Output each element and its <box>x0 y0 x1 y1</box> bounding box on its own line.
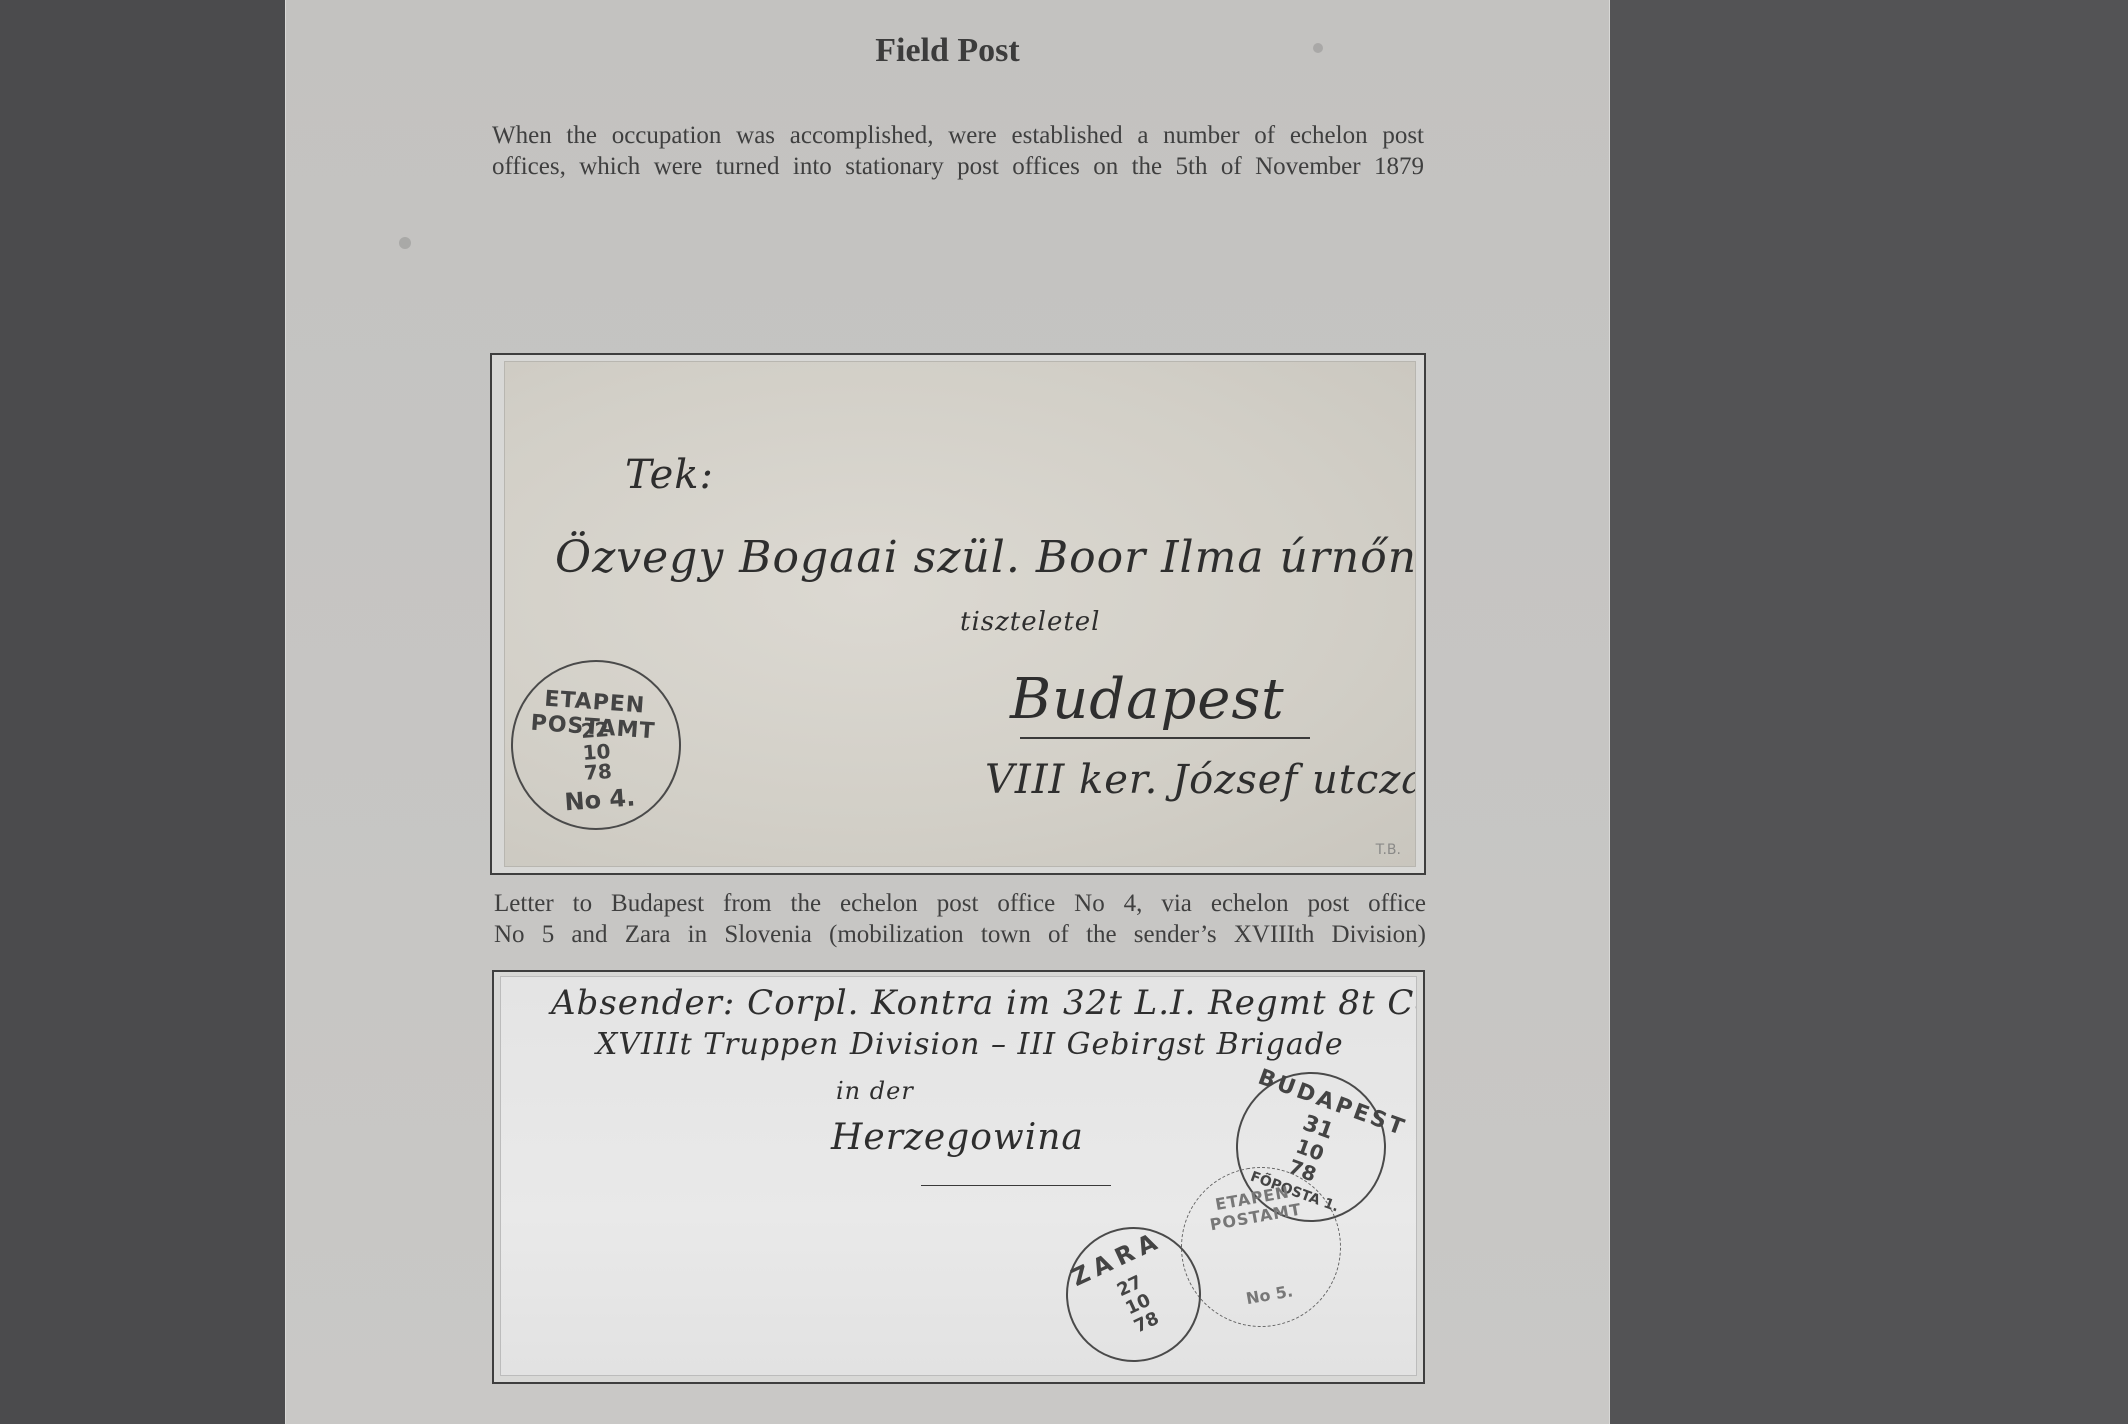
pencil-note: T.B. <box>1376 842 1401 858</box>
address-line: Tek: <box>625 452 714 498</box>
address-city: Budapest <box>1010 667 1285 732</box>
intro-line: offices, which were turned into stationa… <box>492 151 1424 182</box>
intro-paragraph: When the occupation was accomplished, we… <box>492 120 1424 182</box>
address-line: Özvegy Bogaai szül. Boor Ilma úrnőnek <box>555 532 1416 583</box>
background-right <box>1610 0 2128 1424</box>
postmark-number: No 5. <box>1190 1274 1348 1317</box>
envelope-front: Tek: Özvegy Bogaai szül. Boor Ilma úrnőn… <box>504 361 1416 867</box>
address-line: VIII ker. József utcza 9 sz. <box>985 757 1416 803</box>
intro-line: When the occupation was accomplished, we… <box>492 120 1424 151</box>
sender-region: Herzegowina <box>831 1117 1084 1158</box>
city-underline <box>1020 737 1310 739</box>
sender-line: XVIIIt Truppen Division – III Gebirgst B… <box>596 1027 1344 1062</box>
envelope-front-mount: Tek: Özvegy Bogaai szül. Boor Ilma úrnőn… <box>490 353 1426 875</box>
envelope-back-mount: Absender: Corpl. Kontra im 32t L.I. Regm… <box>492 970 1425 1384</box>
caption-line: Letter to Budapest from the echelon post… <box>494 888 1426 919</box>
page-title: Field Post <box>286 32 1609 70</box>
sender-line: Absender: Corpl. Kontra im 32t L.I. Regm… <box>551 983 1417 1023</box>
caption-line: No 5 and Zara in Slovenia (mobilization … <box>494 919 1426 950</box>
etapen-postamt-postmark: ETAPEN POSTAMT 22 10 78 No 4. <box>505 654 686 835</box>
album-page: Field Post When the occupation was accom… <box>286 0 1609 1424</box>
envelope-caption: Letter to Budapest from the echelon post… <box>494 888 1426 950</box>
envelope-back: Absender: Corpl. Kontra im 32t L.I. Regm… <box>500 976 1417 1376</box>
region-underline <box>921 1185 1111 1186</box>
dust-spot <box>399 237 411 249</box>
postmark-number: No 4. <box>516 782 683 818</box>
postmark-text: ETAPEN POSTAMT <box>1173 1175 1335 1240</box>
address-line: tiszteletel <box>960 607 1101 637</box>
sender-line: in der <box>836 1077 914 1105</box>
